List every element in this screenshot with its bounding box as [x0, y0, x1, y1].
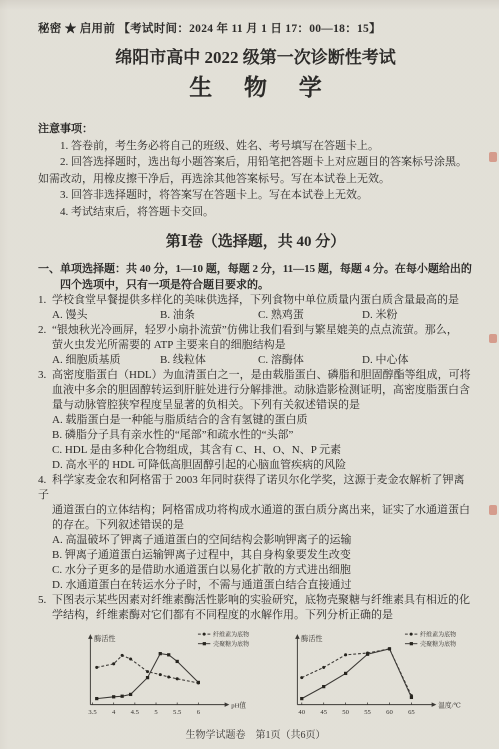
question-number: 2.	[38, 323, 52, 338]
option-a: A. 高温破坏了钾离子通道蛋白的空间结构会影响钾离子的运输	[38, 533, 473, 548]
question-stem: 3.高密度脂蛋白（HDL）为血清蛋白之一，是由载脂蛋白、磷脂和胆固醇酯等组成，可…	[38, 368, 473, 383]
option-b: B. 线粒体	[160, 353, 258, 368]
question-stem: 5.下图表示某些因素对纤维素酶活性影响的实验研究，底物壳聚糖与纤维素具有相近的化	[38, 593, 473, 608]
svg-text:壳聚糖为底物: 壳聚糖为底物	[420, 640, 456, 648]
svg-text:4.5: 4.5	[131, 709, 140, 716]
page-footer: 生物学试题卷 第1页（共6页）	[38, 729, 473, 743]
red-scan-artifact	[489, 505, 497, 515]
question-stem-line: 学结构，纤维素酶对它们都有不同程度的水解作用。下列分析正确的是	[38, 608, 473, 623]
svg-text:温度/℃: 温度/℃	[438, 700, 461, 709]
svg-text:6: 6	[197, 709, 201, 716]
exam-title: 绵阳市高中 2022 级第一次诊断性考试	[38, 46, 473, 70]
svg-text:4: 4	[112, 709, 116, 716]
notice-item: 1. 答卷前，考生务必将自己的班级、姓名、考号填写在答题卡上。	[38, 138, 473, 155]
svg-text:pH值: pH值	[231, 700, 246, 709]
question-3: 3.高密度脂蛋白（HDL）为血清蛋白之一，是由载脂蛋白、磷脂和胆固醇酯等组成，可…	[38, 368, 473, 473]
svg-text:50: 50	[342, 709, 349, 716]
question-1: 1.学校食堂早餐提供多样化的美味供选择，下列食物中单位质量内蛋白质含量最高的是 …	[38, 293, 473, 323]
option-c: C. HDL 是由多种化合物组成，其含有 C、H、O、N、P 元素	[38, 443, 473, 458]
red-scan-artifact	[489, 152, 497, 162]
option-d: D. 高水平的 HDL 可降低高胆固醇引起的心脑血管疾病的风险	[38, 458, 473, 473]
svg-text:65: 65	[408, 709, 415, 716]
option-b: B. 钾离子通道蛋白运输钾离子过程中，其自身构象要发生改变	[38, 548, 473, 563]
section-1-instructions: 一、单项选择题：共 40 分，1—10 题，每题 2 分，11—15 题，每题 …	[38, 261, 473, 293]
notice-section: 注意事项： 1. 答卷前，考生务必将自己的班级、姓名、考号填写在答题卡上。 2.…	[38, 121, 473, 220]
question-stem-line: 的存在。下列叙述错误的是	[38, 518, 473, 533]
subject-title: 生 物 学	[38, 73, 473, 103]
svg-text:3.5: 3.5	[88, 709, 97, 716]
option-c: C. 溶酶体	[258, 353, 362, 368]
notice-item: 2. 回答选择题时，选出每小题答案后，用铅笔把答题卡上对应题目的答案标号涂黑。	[38, 154, 473, 171]
instruction-line: 四个选项中，只有一项是符合题目要求的。	[38, 277, 473, 293]
option-a: A. 馒头	[52, 308, 160, 323]
question-stem-line: 血液中多余的胆固醇转运到肝脏处进行分解排泄。动脉造影检测证明，高密度脂蛋白含	[38, 383, 473, 398]
svg-text:5: 5	[154, 709, 158, 716]
svg-text:酶活性: 酶活性	[301, 634, 322, 643]
svg-text:45: 45	[320, 709, 327, 716]
option-d: D. 水通道蛋白在转运水分子时，不需与通道蛋白结合直接通过	[38, 578, 473, 593]
question-number: 4.	[38, 473, 52, 488]
question-number: 3.	[38, 368, 52, 383]
question-stem: 2.“银烛秋光冷画屏，轻罗小扇扑流萤”仿佛让我们看到与繁星媲美的点点流萤。那么，	[38, 323, 473, 338]
option-b: B. 磷脂分子具有亲水性的“尾部”和疏水性的“头部”	[38, 428, 473, 443]
option-a: A. 细胞质基质	[52, 353, 160, 368]
svg-text:40: 40	[298, 709, 305, 716]
instruction-line: 一、单项选择题：共 40 分，1—10 题，每题 2 分，11—15 题，每题 …	[38, 261, 473, 277]
question-5-figures: 酶活性pH值3.544.555.56纤维素为底物壳聚糖为底物 酶活性温度/℃40…	[78, 627, 473, 727]
option-a: A. 载脂蛋白是一种能与脂质结合的含有氢键的蛋白质	[38, 413, 473, 428]
option-d: D. 米粉	[362, 308, 397, 323]
svg-text:壳聚糖为底物: 壳聚糖为底物	[213, 640, 249, 648]
option-d: D. 中心体	[362, 353, 408, 368]
svg-text:纤维素为底物: 纤维素为底物	[213, 631, 249, 639]
notice-item: 4. 考试结束后，将答题卡交回。	[38, 204, 473, 221]
option-c: C. 水分子更多的是借助水通道蛋白以易化扩散的方式进出细胞	[38, 563, 473, 578]
option-c: C. 熟鸡蛋	[258, 308, 362, 323]
option-b: B. 油条	[160, 308, 258, 323]
enzyme-activity-vs-temperature-chart: 酶活性温度/℃404550556065纤维素为底物壳聚糖为底物	[285, 627, 474, 727]
svg-text:5.5: 5.5	[173, 709, 182, 716]
question-stem: 1.学校食堂早餐提供多样化的美味供选择，下列食物中单位质量内蛋白质含量最高的是	[38, 293, 473, 308]
svg-text:60: 60	[386, 709, 393, 716]
question-stem-line: 量与动脉管腔狭窄程度呈显著的负相关。下列有关叙述错误的是	[38, 398, 473, 413]
question-stem: 4.科学家麦金农和阿格雷于 2003 年同时获得了诺贝尔化学奖，这源于麦金农解析…	[38, 473, 473, 503]
notice-item: 3. 回答非选择题时，将答案写在答题卡上。写在本试卷上无效。	[38, 187, 473, 204]
question-stem-line: 萤火虫发光所需要的 ATP 主要来自的细胞结构是	[38, 338, 473, 353]
question-5: 5.下图表示某些因素对纤维素酶活性影响的实验研究，底物壳聚糖与纤维素具有相近的化…	[38, 593, 473, 623]
enzyme-activity-vs-ph-chart: 酶活性pH值3.544.555.56纤维素为底物壳聚糖为底物	[78, 627, 267, 727]
question-2: 2.“银烛秋光冷画屏，轻罗小扇扑流萤”仿佛让我们看到与繁星媲美的点点流萤。那么，…	[38, 323, 473, 368]
svg-text:55: 55	[364, 709, 371, 716]
question-options: A. 细胞质基质B. 线粒体C. 溶酶体D. 中心体	[38, 353, 473, 368]
question-stem-line: 通道蛋白的立体结构；阿格雷成功将构成水通道的蛋白质分离出来，证实了水通道蛋白	[38, 503, 473, 518]
section-1-title: 第Ⅰ卷（选择题，共 40 分）	[38, 231, 473, 253]
exam-paper-page: 秘密 ★ 启用前 【考试时间：2024 年 11 月 1 日 17：00—18：…	[0, 0, 499, 749]
question-number: 5.	[38, 593, 52, 608]
notice-item-wrap: 如需改动，用橡皮擦干净后，再选涂其他答案标号。写在本试卷上无效。	[38, 171, 473, 188]
question-number: 1.	[38, 293, 52, 308]
svg-text:纤维素为底物: 纤维素为底物	[420, 631, 456, 639]
question-4: 4.科学家麦金农和阿格雷于 2003 年同时获得了诺贝尔化学奖，这源于麦金农解析…	[38, 473, 473, 593]
notice-heading: 注意事项：	[38, 121, 473, 138]
question-options: A. 馒头B. 油条C. 熟鸡蛋D. 米粉	[38, 308, 473, 323]
svg-text:酶活性: 酶活性	[94, 634, 115, 643]
red-scan-artifact	[489, 334, 497, 343]
security-header: 秘密 ★ 启用前 【考试时间：2024 年 11 月 1 日 17：00—18：…	[38, 22, 473, 37]
